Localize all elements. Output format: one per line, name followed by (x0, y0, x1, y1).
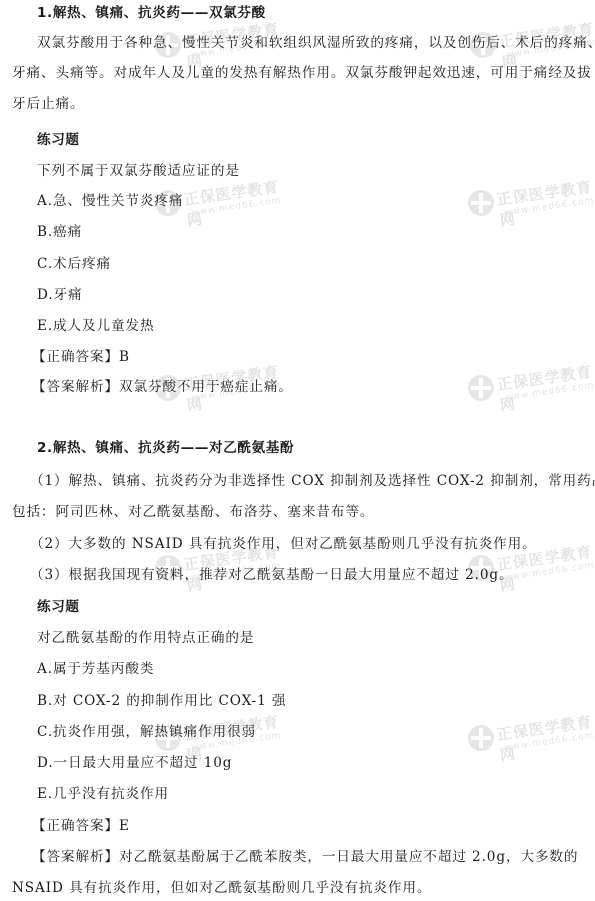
body-point-line: 包括：阿司匹林、对乙酰氨基酚、布洛芬、塞来昔布等。 (12, 503, 374, 521)
body-point-line: （2）大多数的 NSAID 具有抗炎作用，但对乙酰氨基酚则几乎没有抗炎作用。 (30, 535, 537, 553)
correct-answer: 【正确答案】E (32, 817, 130, 835)
body-point-line: （1）解热、镇痛、抗炎药分为非选择性 COX 抑制剂及选择性 COX-2 抑制剂… (30, 472, 595, 490)
watermark-logo: 正保医学教育网www.med66.com (468, 715, 595, 755)
answer-option-c: C.术后疼痛 (37, 255, 111, 273)
answer-analysis: 【答案解析】双氯芬酸不用于癌症止痛。 (32, 378, 293, 396)
exercise-label: 练习题 (37, 131, 80, 149)
body-paragraph-line: 双氯芬酸用于各种急、慢性关节炎和软组织风湿所致的疼痛，以及创伤后、术后的疼痛、 (37, 34, 595, 52)
question-text: 下列不属于双氯芬酸适应证的是 (37, 162, 240, 180)
body-point-line: （3）根据我国现有资料，推荐对乙酰氨基酚一日最大用量应不超过 2.0g。 (30, 566, 514, 584)
answer-option-d: D.一日最大用量应不超过 10g (37, 754, 232, 772)
answer-option-d: D.牙痛 (37, 286, 83, 304)
watermark-logo: 正保医学教育网www.med66.com (468, 365, 595, 405)
answer-option-b: B.癌痛 (37, 223, 82, 241)
body-paragraph-line: 牙后止痛。 (12, 95, 84, 113)
answer-analysis: NSAID 具有抗炎作用，但如对乙酰氨基酚则几乎没有抗炎作用。 (12, 879, 431, 897)
watermark-cross-icon (468, 725, 494, 751)
section-heading: 2.解热、镇痛、抗炎药——对乙酰氨基酚 (37, 439, 294, 457)
correct-answer: 【正确答案】B (32, 348, 130, 366)
question-text: 对乙酰氨基酚的作用特点正确的是 (37, 629, 254, 647)
answer-option-e: E.几乎没有抗炎作用 (37, 785, 169, 803)
answer-option-a: A.急、慢性关节炎疼痛 (37, 192, 183, 210)
exercise-label: 练习题 (37, 598, 80, 616)
document-page: 正保医学教育网www.med66.com 正保医学教育网www.med66.co… (0, 0, 595, 901)
answer-option-c: C.抗炎作用强，解热镇痛作用很弱 (37, 723, 256, 741)
section-heading: 1.解热、镇痛、抗炎药——双氯芬酸 (37, 4, 266, 22)
watermark-logo: 正保医学教育网www.med66.com (468, 180, 595, 220)
answer-option-a: A.属于芳基丙酸类 (37, 660, 154, 678)
watermark-cross-icon (468, 190, 494, 216)
answer-option-b: B.对 COX-2 的抑制作用比 COX-1 强 (37, 692, 286, 710)
answer-option-e: E.成人及儿童发热 (37, 317, 155, 335)
answer-analysis: 【答案解析】对乙酰氨基酚属于乙酰苯胺类，一日最大用量应不超过 2.0g，大多数的 (32, 848, 578, 866)
body-paragraph-line: 牙痛、头痛等。对成年人及儿童的发热有解热作用。双氯芬酸钾起效迅速，可用于痛经及拔 (12, 64, 592, 82)
watermark-cross-icon (468, 375, 494, 401)
